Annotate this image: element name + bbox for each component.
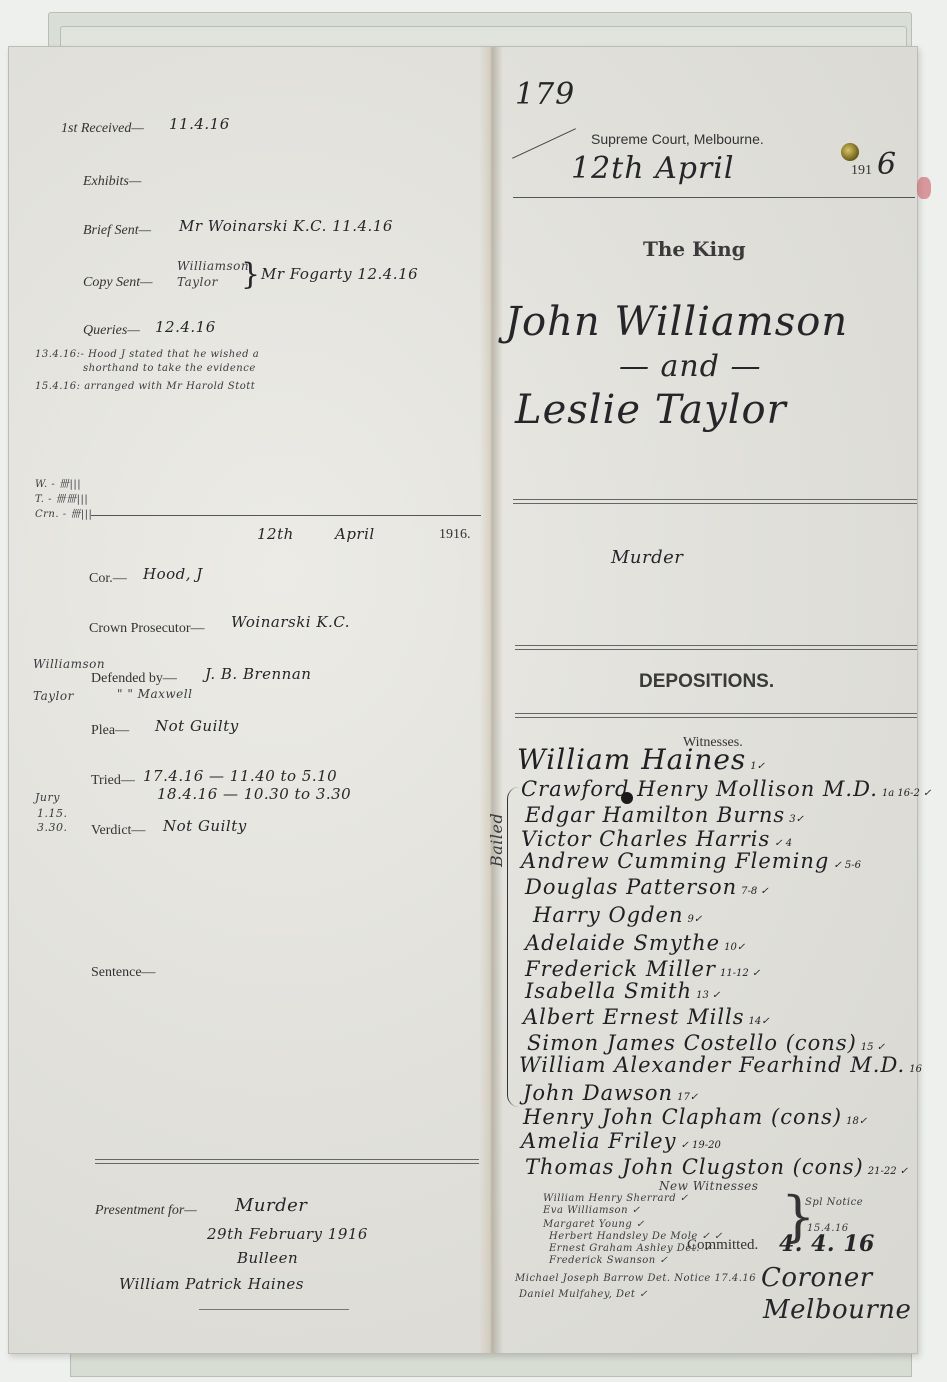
extra-witness: Daniel Mulfahey, Det ✓ [519, 1289, 648, 1300]
witness-row: Amelia Friley✓ 19-20 [521, 1129, 721, 1153]
witness-row: Frederick Miller11-12 ✓ [525, 957, 760, 981]
court-date: 12th April [571, 151, 735, 186]
defendant-2: Leslie Taylor [515, 387, 787, 433]
divider [515, 713, 917, 718]
witness-row: Thomas John Clugston (cons)21-22 ✓ [525, 1155, 908, 1179]
signature-coroner: Coroner [761, 1263, 873, 1293]
copy-sent-name-1: Williamson [177, 259, 249, 273]
presentment-charge: Murder [235, 1195, 307, 1216]
queries-note: 15.4.16: arranged with Mr Harold Stott [35, 381, 255, 392]
defence-counsel: J. B. Brennan [205, 665, 311, 683]
witness-row: Henry John Clapham (cons)18✓ [523, 1105, 867, 1129]
year-prefix: 191 [851, 163, 872, 179]
jury-note: 1.15. [37, 807, 68, 820]
committed-date: 4. 4. 16 [779, 1231, 875, 1257]
hearing-day: 12th [257, 525, 294, 543]
committed-label: Committed. [687, 1237, 758, 1254]
new-witness: William Henry Sherrard ✓ [543, 1193, 689, 1204]
witness-row: Crawford Henry Mollison M.D.1a 16-2 ✓ [521, 777, 931, 801]
queries-value: 12.4.16 [155, 318, 216, 336]
jury-note: Jury [35, 791, 60, 804]
witness-row: Edgar Hamilton Burns3✓ [525, 803, 804, 827]
new-witness: Frederick Swanson ✓ [549, 1255, 668, 1266]
left-panel: 1st Received— 11.4.16 Exhibits— Brief Se… [9, 47, 489, 1353]
extra-witness: Michael Joseph Barrow Det. Notice 17.4.1… [515, 1273, 756, 1284]
copy-sent-name-2: Taylor [177, 275, 218, 289]
cor-label: Cor.— [89, 571, 127, 587]
document-sheet: 1st Received— 11.4.16 Exhibits— Brief Se… [8, 46, 918, 1354]
defendant-1: John Williamson [505, 299, 848, 345]
witness-row: John Dawson17✓ [523, 1081, 698, 1105]
brief-sent-label: Brief Sent— [83, 223, 151, 239]
new-witness: Margaret Young ✓ [543, 1219, 645, 1230]
witness-row: Andrew Cumming Fleming✓ 5-6 [521, 849, 861, 873]
tried-row: 17.4.16 — 11.40 to 5.10 [143, 767, 337, 785]
presentment-label: Presentment for— [95, 1203, 197, 1219]
defendant-name: Taylor [33, 689, 74, 703]
heading-the-king: The King [643, 237, 746, 261]
and-separator: — and — [619, 349, 761, 384]
jury-tally: W. - 卌||| T. - 卌卌||| Crn. - 卌||| [35, 475, 92, 520]
witness-row: Harry Ogden9✓ [533, 903, 702, 927]
plea-label: Plea— [91, 723, 129, 739]
verdict-label: Verdict— [91, 823, 145, 839]
exhibits-label: Exhibits— [83, 174, 141, 190]
tally-row: W. - 卌||| [35, 475, 92, 490]
crown-prosecutor-value: Woinarski K.C. [231, 613, 350, 631]
brass-fastener-icon [841, 143, 859, 161]
witness-row: Albert Ernest Mills14✓ [523, 1005, 770, 1029]
copy-sent-brace: } [241, 257, 261, 292]
divider [91, 515, 481, 516]
punch-hole-icon [621, 792, 633, 804]
margin-note: Bailed [487, 813, 506, 867]
witness-row: Victor Charles Harris✓ 4 [521, 827, 792, 851]
witness-row: Douglas Patterson7-8 ✓ [525, 875, 769, 899]
tried-row: 18.4.16 — 10.30 to 3.30 [157, 785, 351, 803]
tally-row: T. - 卌卌||| [35, 490, 92, 505]
witness-row: William Alexander Fearhind M.D.16 [519, 1053, 922, 1077]
queries-note: 13.4.16:- Hood J stated that he wished a [35, 349, 259, 360]
received-value: 11.4.16 [169, 115, 230, 133]
section-title: DEPOSITIONS. [639, 671, 774, 693]
jury-note: 3.30. [37, 821, 68, 834]
copy-sent-label: Copy Sent— [83, 275, 153, 291]
received-label: 1st Received— [61, 121, 144, 137]
presentment-date: 29th February 1916 [207, 1225, 368, 1243]
file-number-underline [512, 128, 576, 158]
witness-row: William Haines1✓ [517, 743, 765, 776]
file-number: 179 [515, 77, 575, 112]
presentment-place: Bulleen [237, 1249, 298, 1267]
verdict-value: Not Guilty [163, 817, 247, 835]
year-suffix: 6 [877, 147, 897, 182]
court-name: Supreme Court, Melbourne. [591, 131, 764, 147]
hearing-year: 1916. [439, 527, 471, 543]
bracket-note: Spl Notice [805, 1197, 863, 1208]
hearing-month: April [335, 525, 375, 543]
witness-row: Simon James Costello (cons)15 ✓ [527, 1031, 885, 1055]
plea-value: Not Guilty [155, 717, 239, 735]
tried-label: Tried— [91, 773, 135, 789]
sentence-label: Sentence— [91, 965, 156, 981]
defence-counsel: " " Maxwell [117, 687, 192, 701]
witness-row: Isabella Smith13 ✓ [525, 979, 720, 1003]
divider [515, 645, 917, 650]
defended-by-label: Defended by— [91, 671, 177, 687]
brief-sent-value: Mr Woinarski K.C. 11.4.16 [179, 217, 393, 235]
cor-value: Hood, J [143, 565, 203, 583]
divider [513, 197, 915, 198]
crown-prosecutor-label: Crown Prosecutor— [89, 621, 205, 637]
copy-sent-value: Mr Fogarty 12.4.16 [261, 265, 418, 283]
charge: Murder [611, 547, 683, 568]
signature-place: Melbourne [763, 1295, 911, 1325]
tally-row: Crn. - 卌||| [35, 505, 92, 520]
new-witness: Eva Williamson ✓ [543, 1205, 641, 1216]
red-ink-stain [917, 177, 931, 199]
divider [199, 1309, 349, 1310]
new-witnesses-label: New Witnesses [659, 1179, 758, 1193]
presentment-victim: William Patrick Haines [119, 1275, 304, 1293]
queries-note: shorthand to take the evidence [83, 363, 256, 374]
divider [95, 1159, 479, 1164]
witness-row: Adelaide Smythe10✓ [525, 931, 745, 955]
defendant-name: Williamson [33, 657, 105, 671]
queries-label: Queries— [83, 323, 140, 339]
divider [513, 499, 917, 504]
